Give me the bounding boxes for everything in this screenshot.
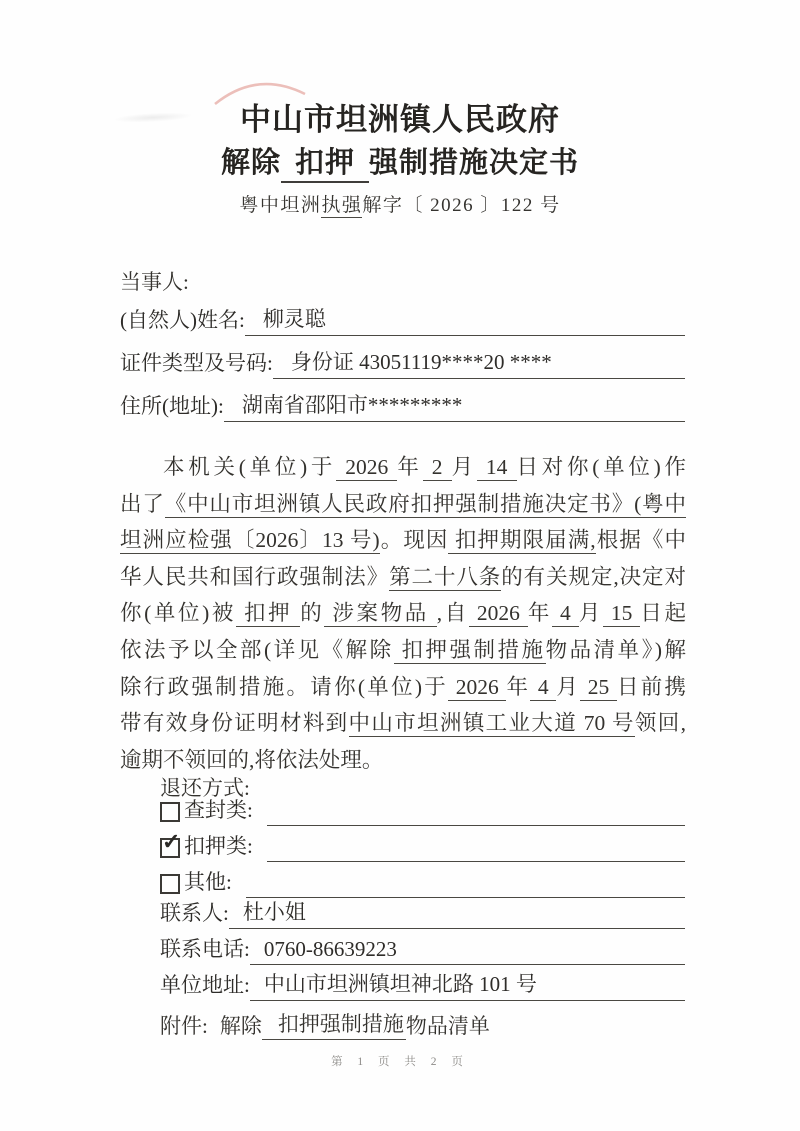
plain-text: 逾期不领回的,将依法处理。 bbox=[120, 748, 383, 772]
underlined-text: 扣押强制措施 bbox=[394, 638, 546, 664]
field-label: 证件类型及号码: bbox=[120, 347, 273, 379]
attachment-row: 附件:解除扣押强制措施物品清单 bbox=[160, 1010, 490, 1040]
attachment-prefix: 解除 bbox=[220, 1010, 262, 1040]
underlined-text: 《中山市坦洲镇人民政府扣押强制措施决定书》(粤中 bbox=[165, 492, 686, 518]
attachment-suffix: 物品清单 bbox=[406, 1010, 490, 1040]
doc-title-line1: 中山市坦洲镇人民政府 bbox=[0, 94, 800, 139]
body-line: 坦洲应检强〔2026〕13 号)。现因 扣押期限届满,根据《中 bbox=[120, 522, 686, 559]
doc-title-line2: 解除扣押强制措施决定书 bbox=[0, 140, 800, 181]
underlined-text: 2026 bbox=[448, 675, 506, 701]
party-field-row: (自然人)姓名:柳灵聪 bbox=[120, 293, 685, 336]
field-value: 柳灵聪 bbox=[263, 307, 326, 331]
underlined-text: 15 bbox=[603, 601, 640, 627]
party-info-rows: (自然人)姓名:柳灵聪证件类型及号码:身份证 43051119****20 **… bbox=[120, 293, 685, 422]
plain-text: 本机关(单位)于 bbox=[163, 455, 336, 479]
return-method-row: ✓扣押类: bbox=[160, 826, 685, 862]
title-prefix: 解除 bbox=[221, 147, 281, 179]
body-line: 带有效身份证明材料到中山市坦洲镇工业大道 70 号领回, bbox=[120, 705, 686, 742]
underlined-text: 4 bbox=[552, 601, 579, 627]
plain-text: 的 bbox=[300, 601, 324, 625]
field-underline: 杜小姐 bbox=[229, 896, 685, 929]
field-value: 杜小姐 bbox=[243, 900, 306, 924]
return-method-row: 查封类: bbox=[160, 790, 685, 826]
body-line: 你(单位)被 扣押 的 涉案物品 ,自 2026 年 4 月 15 日起 bbox=[120, 595, 686, 632]
plain-text: ,自 bbox=[437, 601, 469, 625]
underlined-text: 扣押 bbox=[236, 601, 300, 627]
body-line: 出了《中山市坦洲镇人民政府扣押强制措施决定书》(粤中 bbox=[120, 486, 686, 523]
doc-number: 粤中坦洲执强解字〔 2026 〕122 号 bbox=[0, 190, 800, 217]
field-underline: 0760-86639223 bbox=[250, 937, 685, 965]
plain-text: 年 bbox=[506, 675, 530, 699]
underlined-text: 第二十八条 bbox=[389, 565, 501, 591]
underlined-text: 2026 bbox=[469, 601, 528, 627]
plain-text: 。现因 bbox=[380, 528, 449, 552]
checkbox-checked-icon: ✓ bbox=[160, 838, 180, 858]
checkbox-unchecked-icon bbox=[160, 802, 180, 822]
title-suffix: 强制措施决定书 bbox=[369, 147, 579, 179]
plain-text: 年 bbox=[397, 455, 422, 479]
check-mark-icon: ✓ bbox=[162, 831, 180, 853]
plain-text: 日起 bbox=[640, 601, 686, 625]
field-label: 联系电话: bbox=[160, 933, 250, 965]
party-heading: 当事人: bbox=[120, 266, 189, 296]
field-label: 联系人: bbox=[160, 897, 229, 929]
title-blank-value: 扣押 bbox=[281, 147, 369, 183]
party-field-row: 住所(地址):湖南省邵阳市********* bbox=[120, 379, 685, 422]
plain-text: 日前携 bbox=[617, 675, 686, 699]
plain-text: 日对你(单位)作 bbox=[517, 455, 686, 479]
contact-rows: 联系人:杜小姐联系电话:0760-86639223单位地址:中山市坦洲镇坦神北路… bbox=[160, 893, 685, 1001]
doc-number-blank: 执强 bbox=[321, 195, 362, 218]
method-underline bbox=[267, 825, 685, 826]
underlined-text: 涉案物品 bbox=[324, 601, 436, 627]
underlined-text: 14 bbox=[477, 455, 517, 481]
field-underline: 中山市坦洲镇坦神北路 101 号 bbox=[250, 968, 685, 1001]
plain-text: 领回, bbox=[635, 711, 686, 735]
plain-text: 根据《中 bbox=[596, 528, 686, 552]
field-value: 湖南省邵阳市********* bbox=[242, 393, 463, 417]
plain-text: 月 bbox=[452, 455, 477, 479]
field-label: 单位地址: bbox=[160, 969, 250, 1001]
contact-field-row: 联系人:杜小姐 bbox=[160, 893, 685, 929]
underlined-text: 扣押期限届满, bbox=[448, 528, 595, 554]
plain-text: 月 bbox=[579, 601, 603, 625]
field-value: 中山市坦洲镇坦神北路 101 号 bbox=[264, 972, 537, 996]
plain-text: 年 bbox=[528, 601, 552, 625]
underlined-text: 4 bbox=[530, 675, 556, 701]
underlined-text: 25 bbox=[580, 675, 617, 701]
underlined-text: 2 bbox=[423, 455, 452, 481]
underlined-text: 2026 bbox=[336, 455, 397, 481]
body-line: 依法予以全部(详见《解除 扣押强制措施物品清单》)解 bbox=[120, 632, 686, 669]
underlined-text: 坦洲应检强〔2026〕13 号) bbox=[120, 528, 380, 554]
doc-number-prefix: 粤中坦洲 bbox=[239, 195, 321, 216]
field-underline: 柳灵聪 bbox=[245, 303, 685, 336]
field-label: 住所(地址): bbox=[120, 390, 224, 422]
contact-field-row: 联系电话:0760-86639223 bbox=[160, 929, 685, 965]
document-page: 中山市坦洲镇人民政府 解除扣押强制措施决定书 粤中坦洲执强解字〔 2026 〕1… bbox=[0, 0, 800, 1131]
body-line: 除行政强制措施。请你(单位)于 2026 年 4 月 25 日前携 bbox=[120, 669, 686, 706]
underlined-text: 中山市坦洲镇工业大道 70 号 bbox=[349, 711, 635, 737]
body-line: 华人民共和国行政强制法》第二十八条的有关规定,决定对 bbox=[120, 559, 686, 596]
plain-text: 带有效身份证明材料到 bbox=[120, 711, 349, 735]
body-line: 本机关(单位)于 2026 年 2 月 14 日对你(单位)作 bbox=[120, 449, 686, 486]
method-underline bbox=[267, 861, 685, 862]
plain-text: 月 bbox=[556, 675, 580, 699]
return-method-rows: 查封类:✓扣押类:其他: bbox=[160, 790, 685, 898]
decision-body-text: 本机关(单位)于 2026 年 2 月 14 日对你(单位)作出了《中山市坦洲镇… bbox=[120, 449, 686, 778]
method-label: 扣押类: bbox=[184, 830, 253, 862]
plain-text: 依法予以全部(详见《解除 bbox=[120, 638, 394, 662]
plain-text: 华人民共和国行政强制法》 bbox=[120, 565, 389, 589]
plain-text: 物品清单》)解 bbox=[546, 638, 686, 662]
plain-text: 你(单位)被 bbox=[120, 601, 236, 625]
method-label: 查封类: bbox=[184, 794, 253, 826]
field-value: 0760-86639223 bbox=[264, 937, 397, 961]
plain-text: 的有关规定,决定对 bbox=[501, 565, 686, 589]
checkbox-unchecked-icon bbox=[160, 874, 180, 894]
field-underline: 湖南省邵阳市********* bbox=[224, 389, 685, 422]
field-value: 身份证 43051119****20 **** bbox=[291, 350, 552, 374]
attachment-blank-value: 扣押强制措施 bbox=[262, 1008, 406, 1040]
plain-text: 出了 bbox=[120, 492, 165, 516]
party-field-row: 证件类型及号码:身份证 43051119****20 **** bbox=[120, 336, 685, 379]
attachment-label: 附件: bbox=[160, 1010, 208, 1040]
field-underline: 身份证 43051119****20 **** bbox=[273, 346, 685, 379]
doc-number-suffix: 解字〔 2026 〕122 号 bbox=[362, 195, 560, 216]
page-number: 第 1 页 共 2 页 bbox=[0, 1053, 800, 1069]
field-label: (自然人)姓名: bbox=[120, 304, 245, 336]
plain-text: 除行政强制措施。请你(单位)于 bbox=[120, 675, 448, 699]
contact-field-row: 单位地址:中山市坦洲镇坦神北路 101 号 bbox=[160, 965, 685, 1001]
